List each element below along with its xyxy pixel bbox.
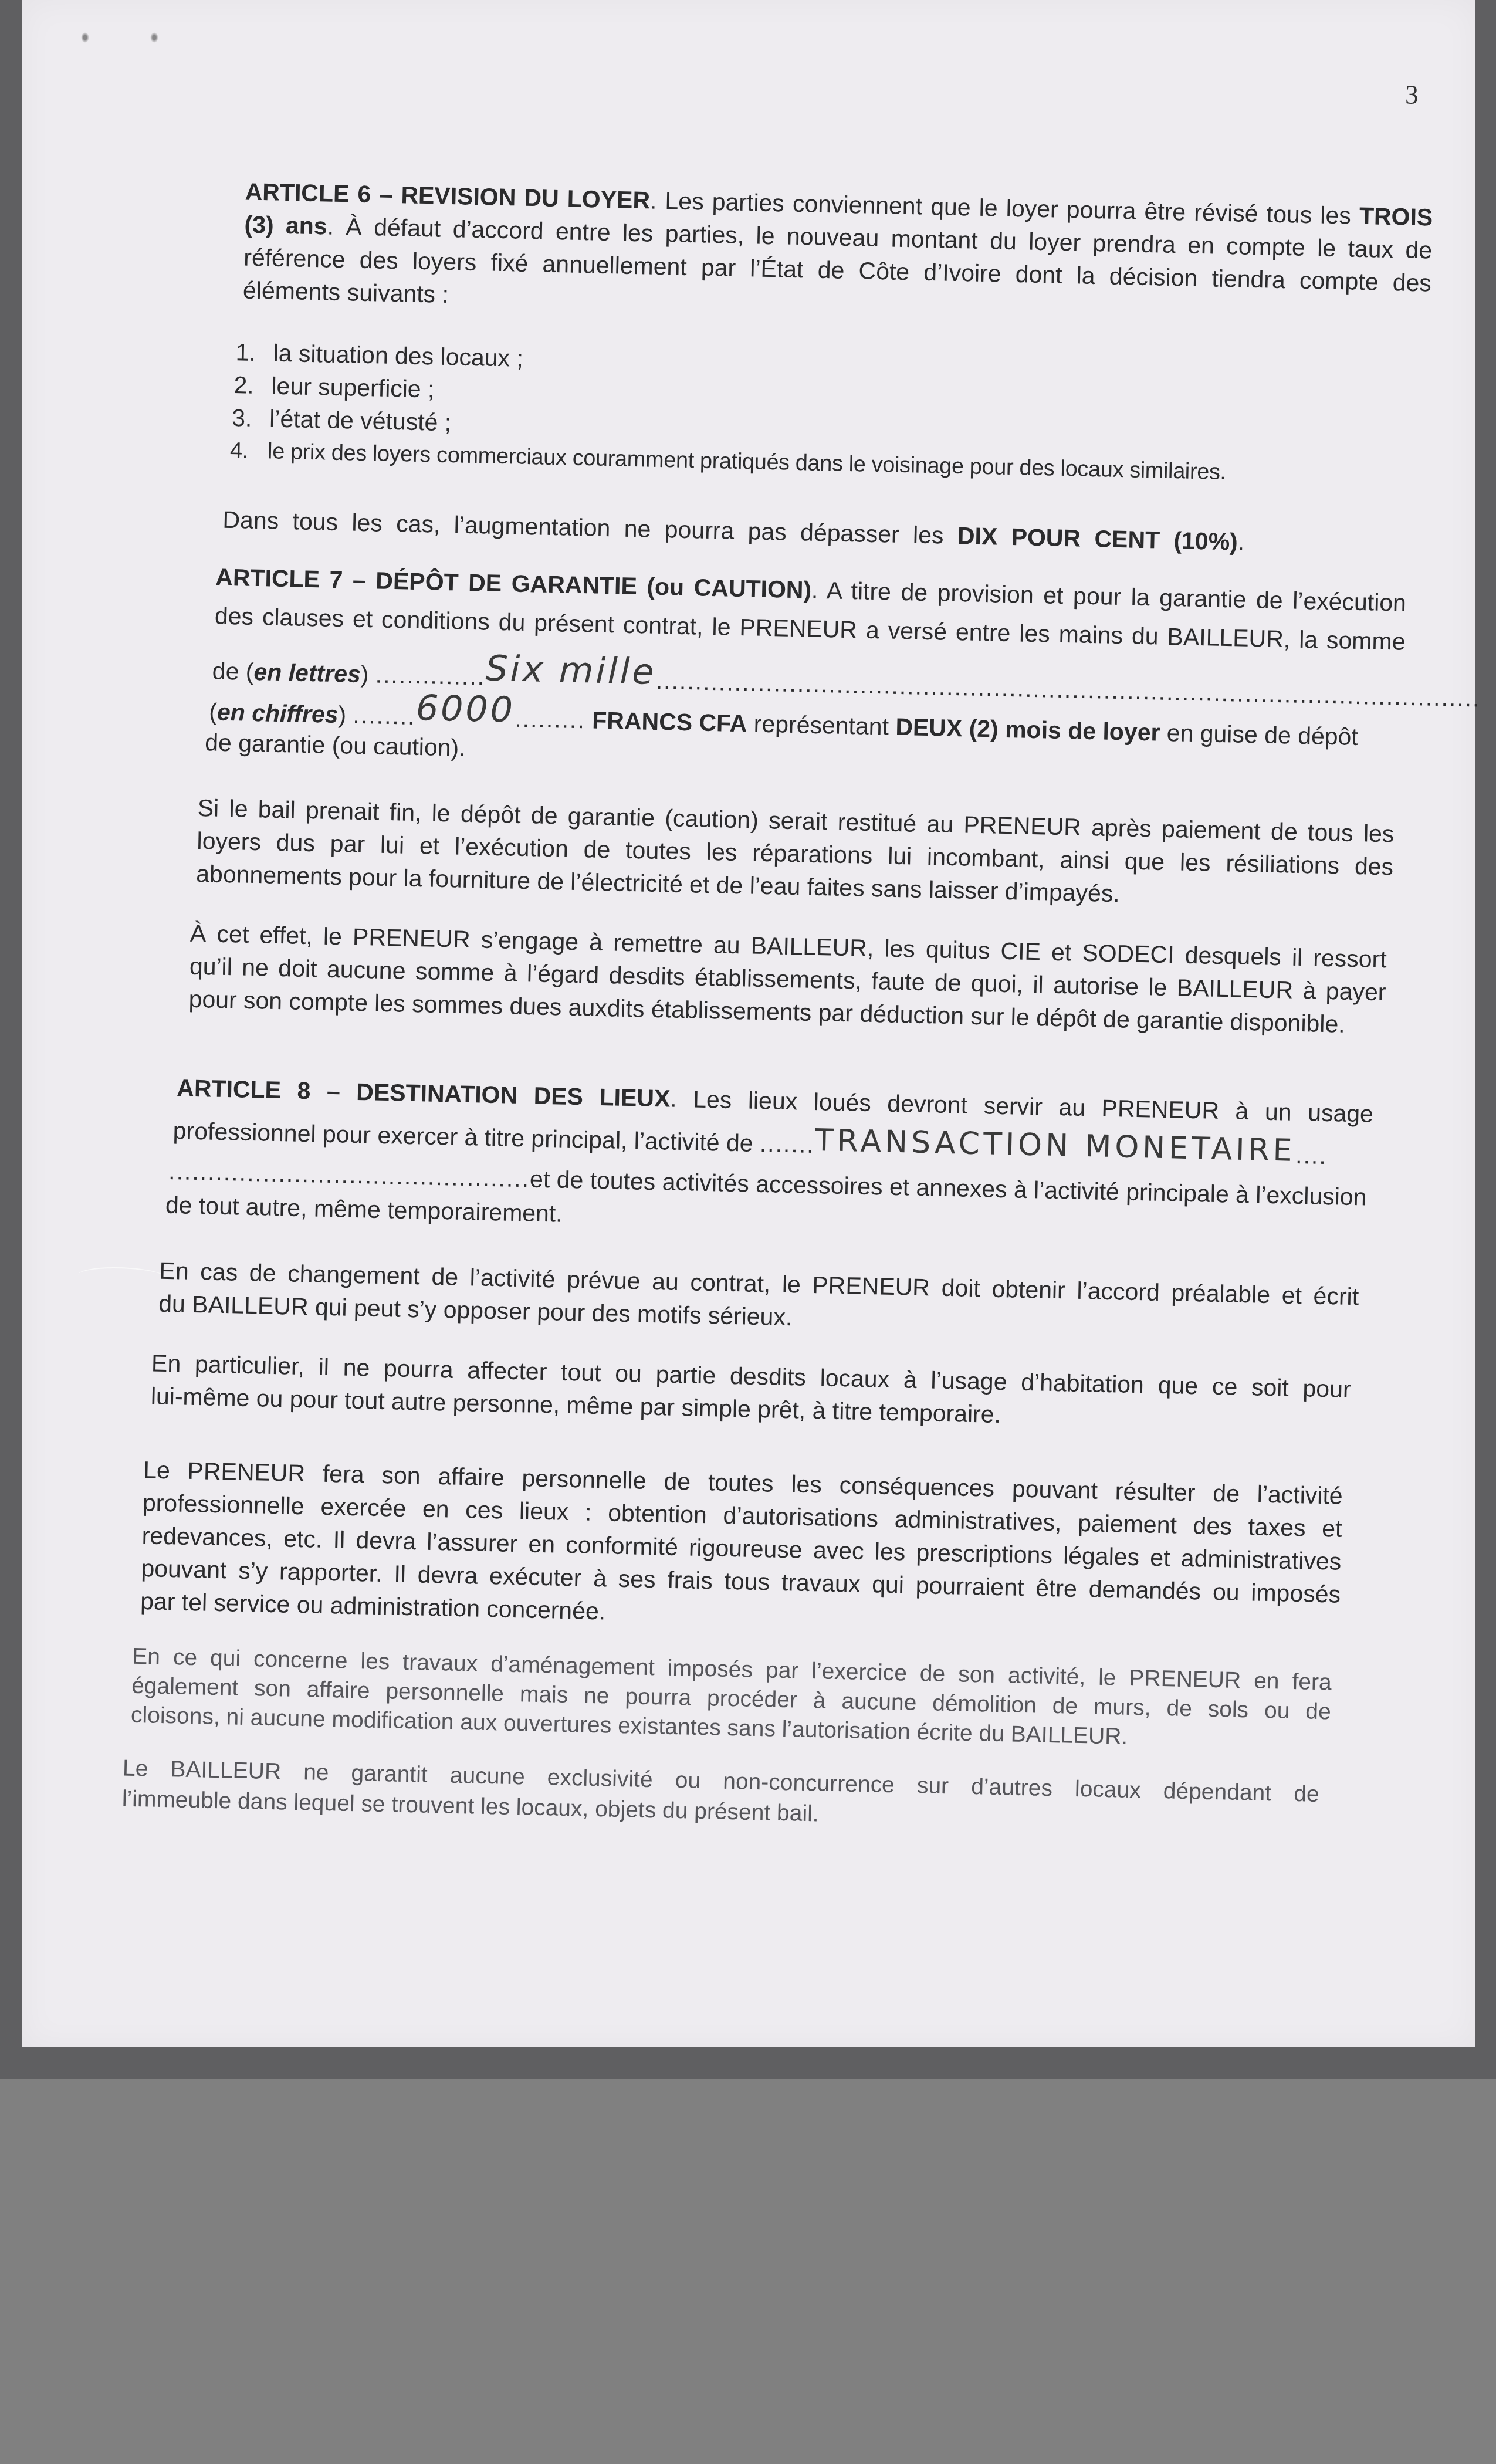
article-7-heading: ARTICLE 7 – DÉPÔT DE GARANTIE (ou CAUTIO… (215, 563, 812, 603)
article-6-heading: ARTICLE 6 – REVISION DU LOYER (245, 178, 650, 214)
rent-cap-value: DIX POUR CENT (10%) (957, 522, 1238, 555)
utility-quitus-paragraph: À cet effet, le PRENEUR s’engage à remet… (188, 917, 1387, 1041)
rent-cap-sentence: Dans tous les cas, l’augmentation ne pou… (222, 503, 1245, 559)
activity-field[interactable]: TRANSACTION MONETAIRE (814, 1123, 1296, 1169)
document-body: ARTICLE 6 – REVISION DU LOYER. Les parti… (0, 0, 1496, 2069)
article-8-heading: ARTICLE 8 – DESTINATION DES LIEUX (177, 1074, 671, 1112)
article-7-paragraph: ARTICLE 7 – DÉPÔT DE GARANTIE (ou CAUTIO… (214, 560, 1406, 658)
list-item: 2.leur superficie ; (233, 368, 435, 405)
amount-figures-field[interactable]: 6000 (415, 688, 515, 731)
currency-label: FRANCS CFA (592, 707, 747, 737)
article-6-paragraph: ARTICLE 6 – REVISION DU LOYER. Les parti… (242, 175, 1433, 332)
no-exclusivity-paragraph: Le BAILLEUR ne garantit aucune exclusivi… (121, 1754, 1319, 1840)
list-item: 4.le prix des loyers commerciaux couramm… (230, 434, 1227, 489)
text-line: de tout autre, même temporairement. (165, 1189, 563, 1230)
works-paragraph: En ce qui concerne les travaux d’aménage… (131, 1642, 1332, 1756)
list-item: 3.l’état de vétusté ; (232, 401, 452, 439)
deposit-refund-paragraph: Si le bail prenait fin, le dépôt de gara… (196, 791, 1395, 916)
housing-prohibition-paragraph: En particulier, il ne pourra affecter to… (150, 1346, 1351, 1439)
activity-change-paragraph: En cas de changement de l’activité prévu… (158, 1254, 1359, 1346)
tenant-responsibility-paragraph: Le PRENEUR fera son affaire personnelle … (140, 1453, 1343, 1644)
amount-words-field[interactable]: Six mille (485, 648, 656, 693)
text-line: de garantie (ou caution). (205, 726, 466, 764)
